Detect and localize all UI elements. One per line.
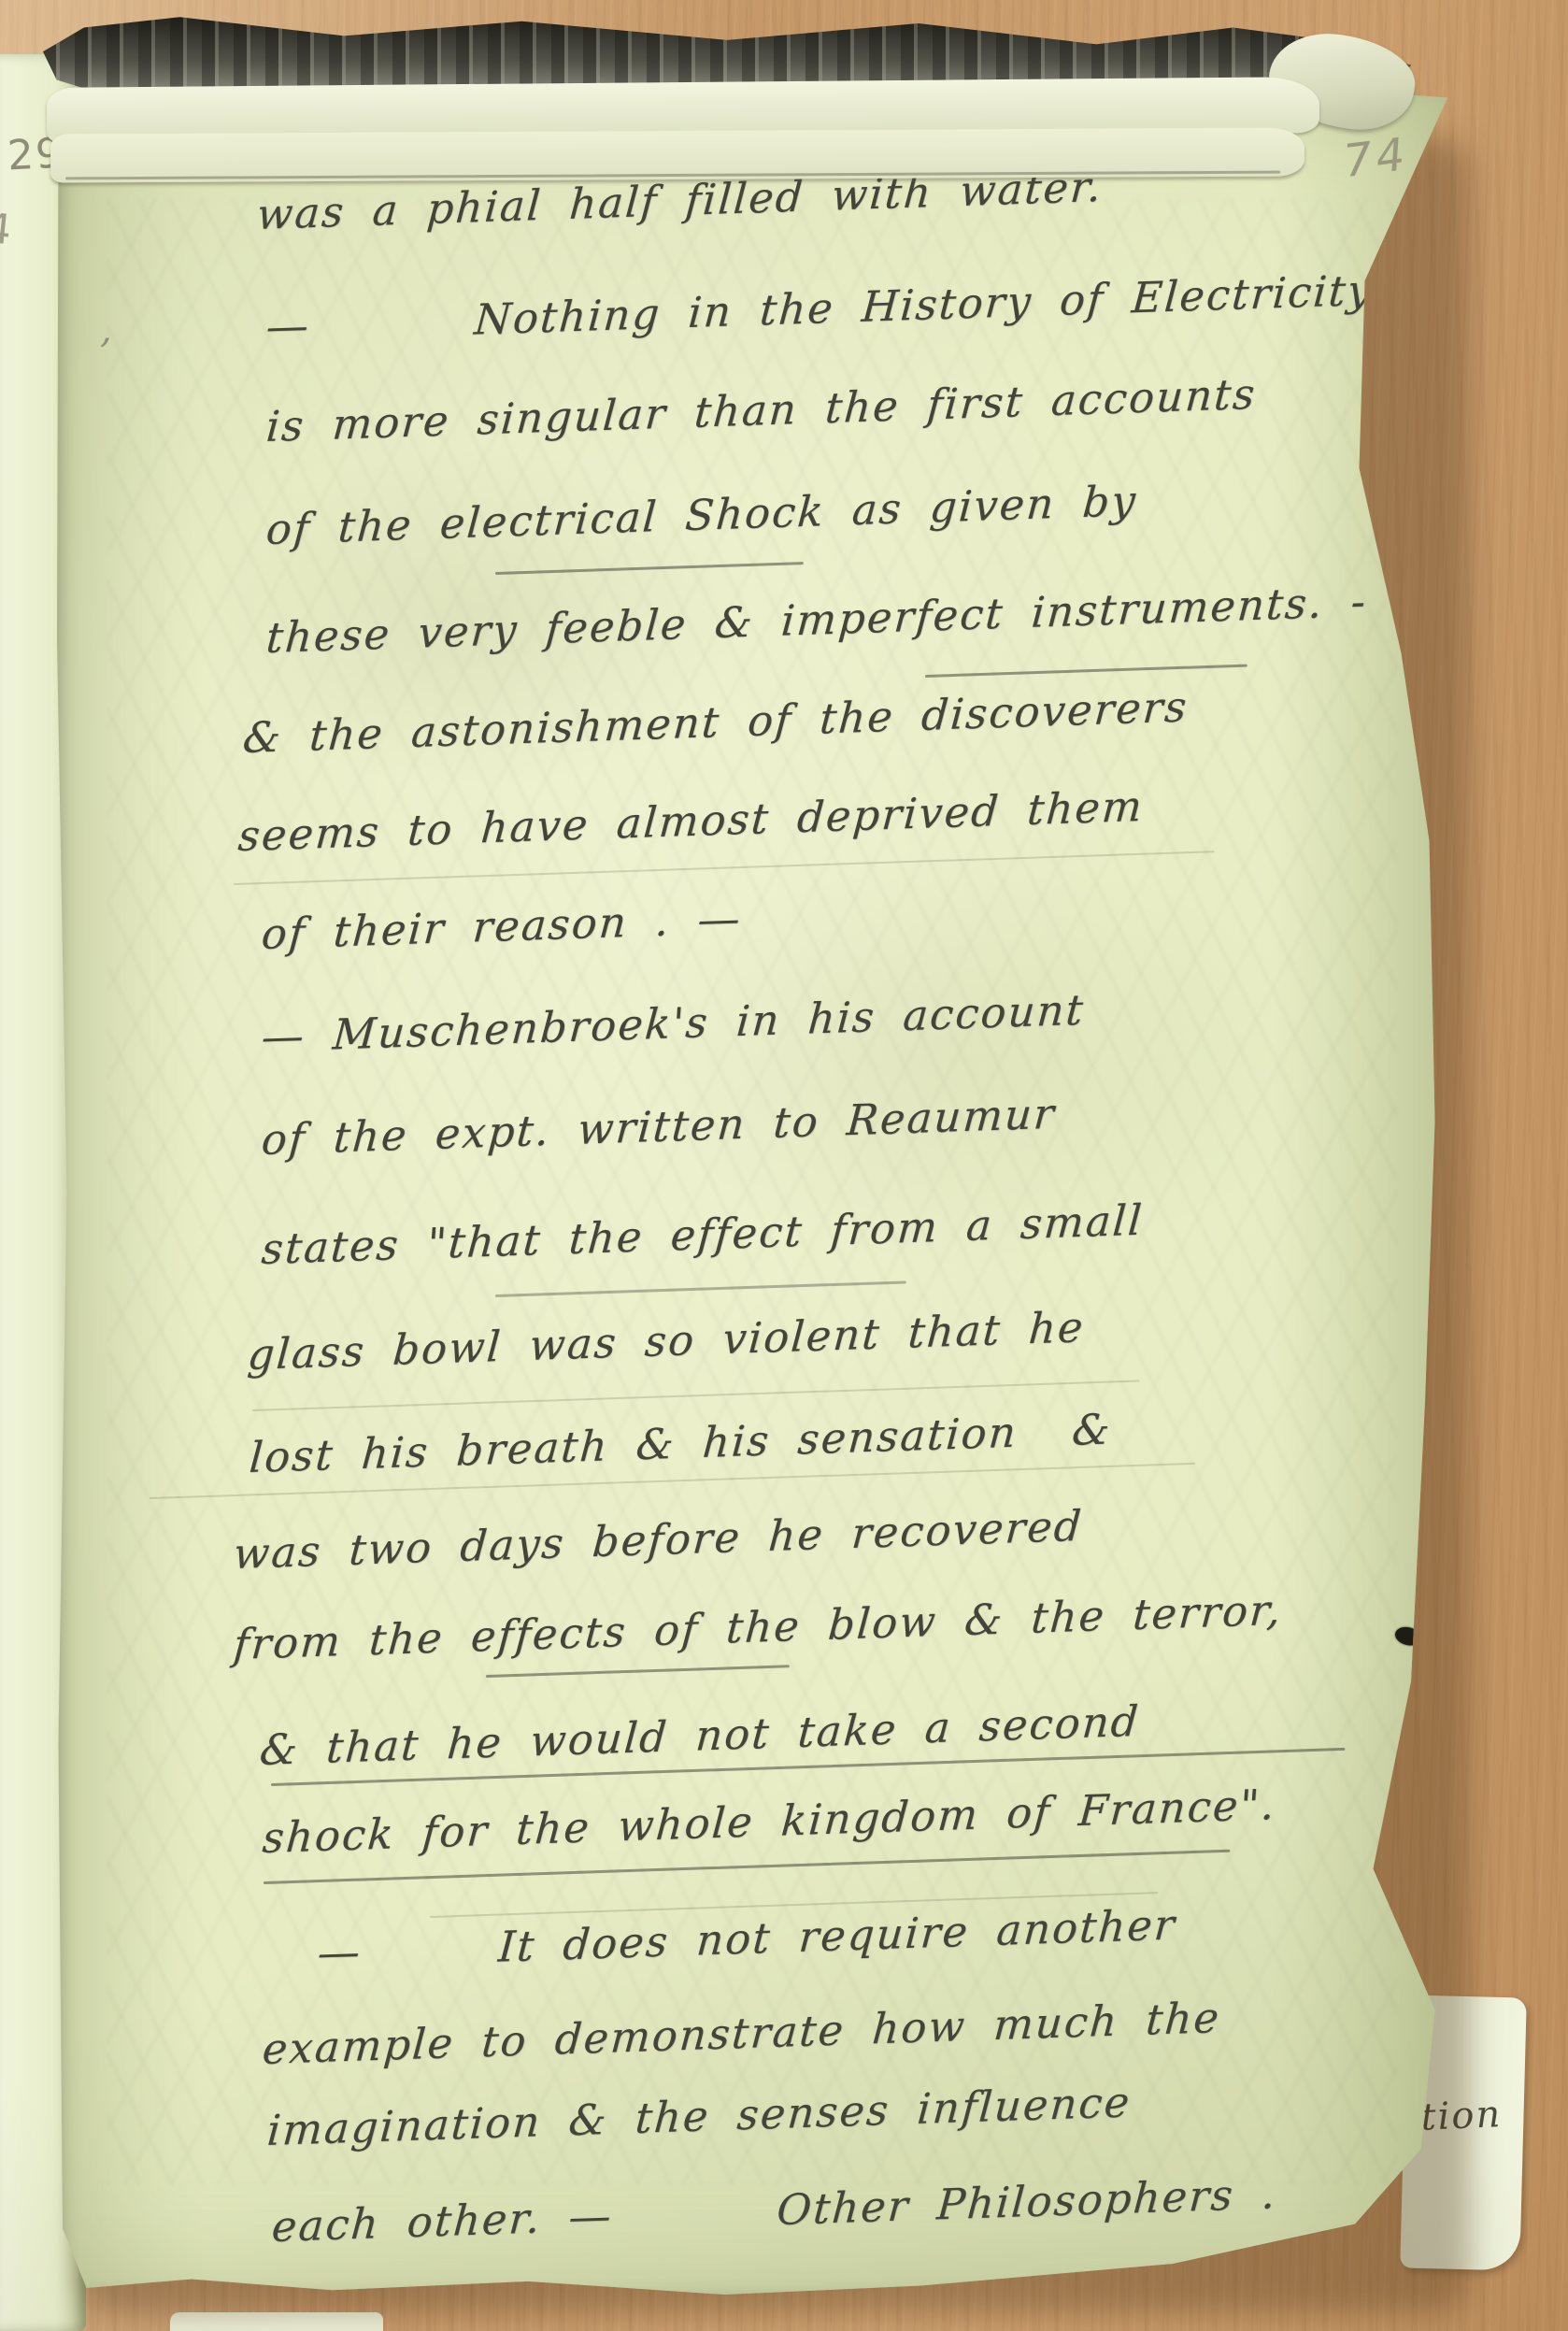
under-page-bottom-sliver xyxy=(170,2312,383,2331)
margin-partial-number: 4 xyxy=(0,205,16,255)
photo-canvas: { "photo": { "description": "Photograph … xyxy=(0,0,1568,2331)
page-number-pencil: 74 xyxy=(1341,132,1410,184)
main-page: 74 , was a phial half filled with water.… xyxy=(51,89,1453,2295)
margin-tick-mark: , xyxy=(100,311,112,349)
